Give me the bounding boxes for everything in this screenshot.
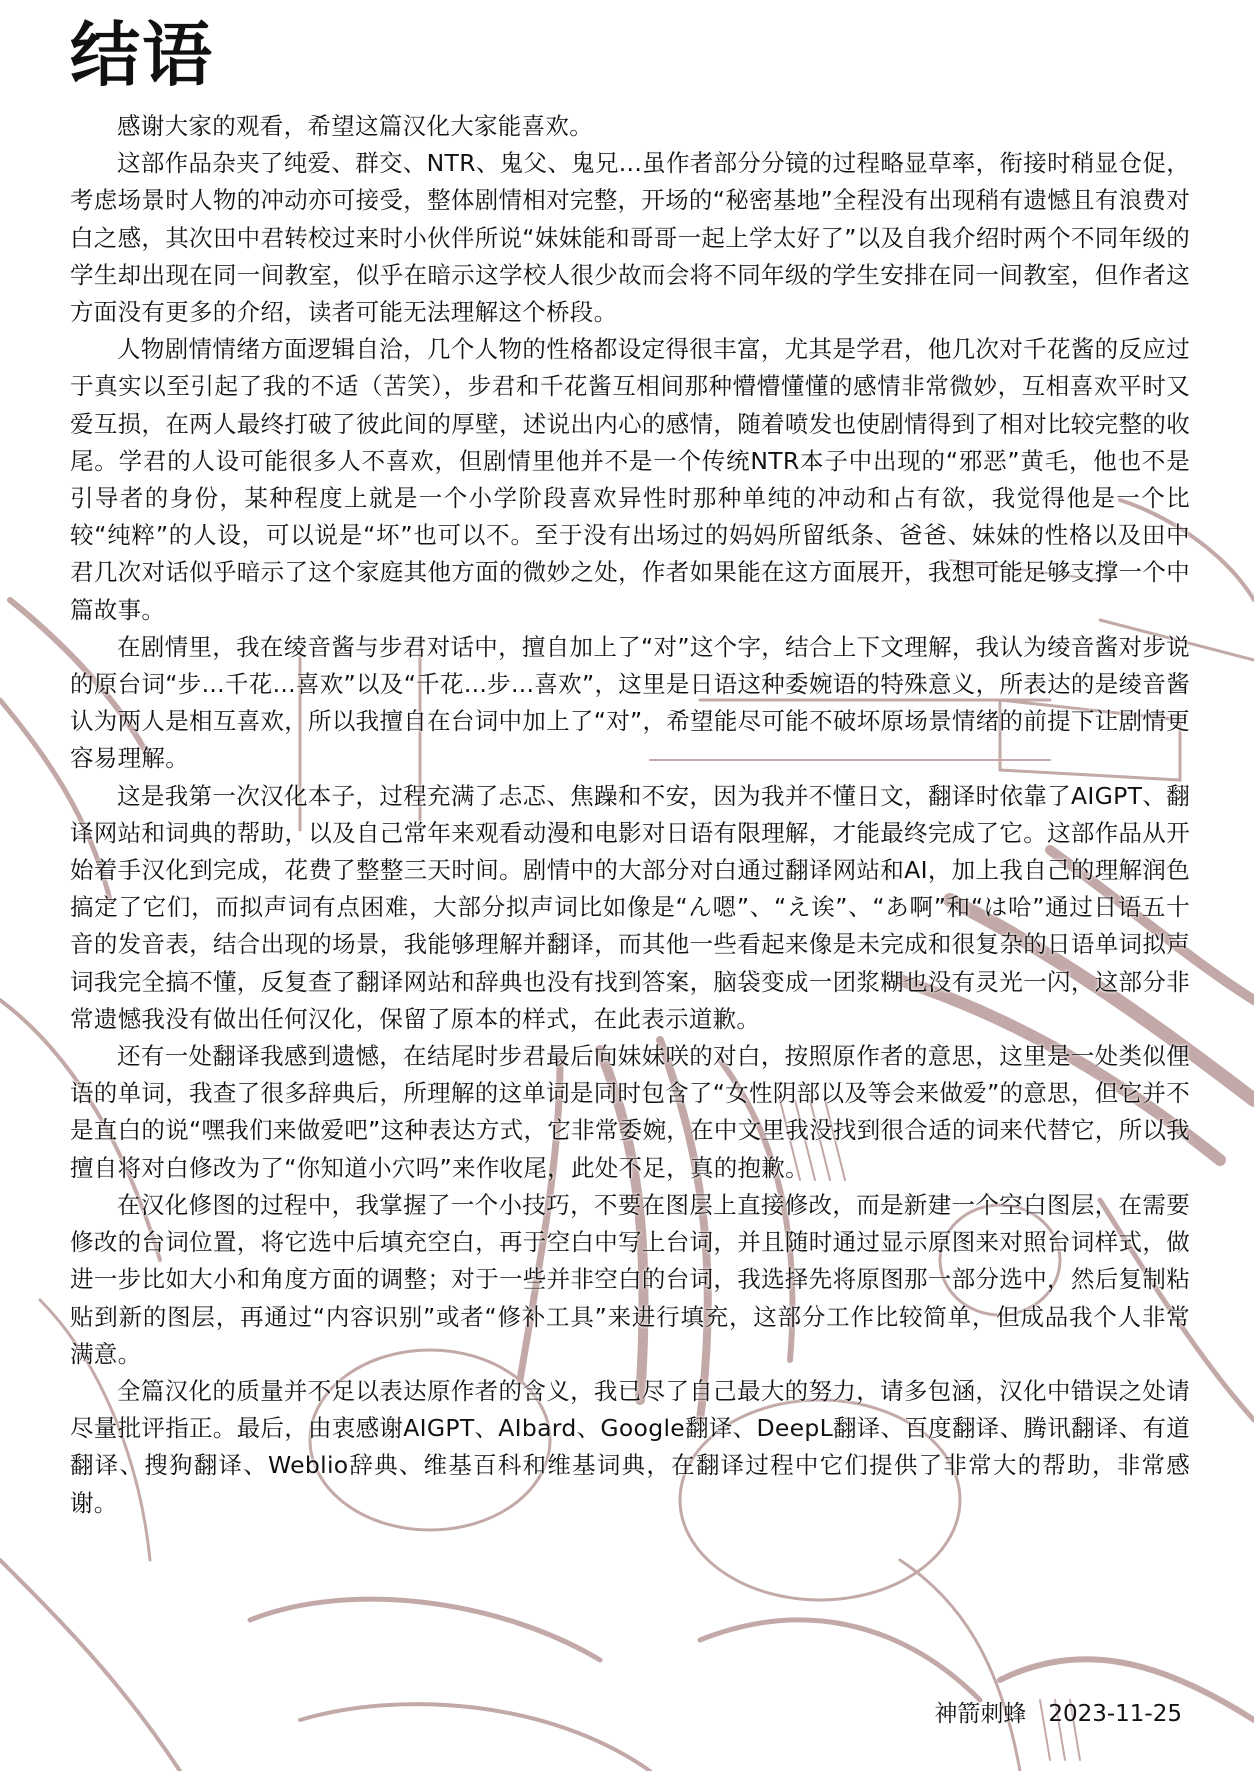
paragraph: 还有一处翻译我感到遗憾，在结尾时步君最后向妹妹咲的对白，按照原作者的意思，这里是… (70, 1038, 1190, 1187)
paragraph: 这是我第一次汉化本子，过程充满了忐忑、焦躁和不安，因为我并不懂日文，翻译时依靠了… (70, 778, 1190, 1038)
paragraph: 人物剧情情绪方面逻辑自洽，几个人物的性格都设定得很丰富，尤其是学君，他几次对千花… (70, 331, 1190, 629)
paragraph: 在汉化修图的过程中，我掌握了一个小技巧，不要在图层上直接修改，而是新建一个空白图… (70, 1187, 1190, 1373)
paragraph: 在剧情里，我在绫音酱与步君对话中，擅自加上了“对”这个字，结合上下文理解，我认为… (70, 629, 1190, 778)
signature-date: 2023-11-25 (1048, 1701, 1182, 1727)
page-title: 结语 (70, 12, 1190, 98)
paragraph: 全篇汉化的质量并不足以表达原作者的含义，我已尽了自己最大的努力，请多包涵，汉化中… (70, 1373, 1190, 1522)
signature-gap (1026, 1701, 1048, 1727)
signature-author: 神箭刺蜂 (934, 1701, 1026, 1727)
paragraph: 这部作品杂夹了纯爱、群交、NTR、鬼父、鬼兄...虽作者部分分镜的过程略显草率，… (70, 145, 1190, 331)
signature: 神箭刺蜂 2023-11-25 (934, 1698, 1182, 1730)
afterword-body: 感谢大家的观看，希望这篇汉化大家能喜欢。 这部作品杂夹了纯爱、群交、NTR、鬼父… (70, 108, 1190, 1522)
afterword-page: 结语 感谢大家的观看，希望这篇汉化大家能喜欢。 这部作品杂夹了纯爱、群交、NTR… (70, 0, 1190, 1522)
paragraph: 感谢大家的观看，希望这篇汉化大家能喜欢。 (70, 108, 1190, 145)
